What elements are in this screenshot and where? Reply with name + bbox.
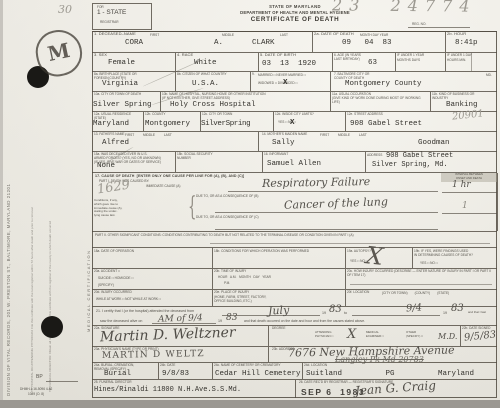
suicide-homicide-options: SUICIDE □ HOMICIDE □ — [98, 276, 133, 280]
city-of-death-value: Silver Spring — [93, 101, 152, 109]
under-1-day-sub: HOURS MIN. — [447, 58, 466, 62]
cause-line-b-rule — [215, 212, 438, 213]
autopsy-no-mark: X — [365, 241, 385, 271]
marital-widowed-check: X — [283, 79, 288, 87]
file-copy-box: FOR 1 - STATE REGISTRAR — [92, 3, 152, 30]
deceased-middle-name: A. — [214, 39, 223, 47]
due-to-c-label: DUE TO, OR AS A CONSEQUENCE OF (C) — [196, 215, 259, 219]
certify-hw-year2: 83 — [451, 303, 464, 314]
citizen-label: 8b. CITIZEN OF WHAT COUNTRY — [177, 72, 227, 76]
birthplace-value: Virginia — [102, 80, 138, 88]
how-injury-write-line — [350, 284, 492, 285]
deceased-last-name: CLARK — [252, 39, 275, 47]
division-address-vertical: DIVISION OF VITAL RECORDS, 201 W. PRESTO… — [6, 184, 11, 396]
industry-value: Banking — [446, 101, 478, 109]
note-to-funeral-director-vertical: TO FUNERAL DIRECTOR: Obtain all items ab… — [48, 92, 52, 392]
deceased-name-label: 1. DECEASED–NAME — [94, 32, 136, 37]
informant-address-line2: Silver Spring, Md. — [372, 161, 448, 169]
under-1-year-sub: MONTHS DAYS — [397, 58, 420, 62]
cause-margin-note: Conditions, if any, which gave rise to i… — [94, 199, 138, 218]
cause-line-c-rule — [215, 229, 438, 230]
street-address-label: 12e. STREET ADDRESS — [347, 112, 383, 116]
cemetery-label: 24c. NAME OF CEMETERY OR CREMATORY — [214, 363, 280, 367]
immediate-cause-label: IMMEDIATE CAUSE (A) — [146, 184, 180, 188]
name-first-header: FIRST — [150, 33, 159, 37]
part2-write-line — [210, 243, 490, 244]
hour-value: 8:41p — [455, 39, 478, 47]
marital-options-line2: WIDOWED □ DIVORCED □ — [258, 81, 297, 85]
part2-label: PART II. OTHER SIGNIFICANT CONDITIONS: C… — [95, 233, 493, 237]
handwritten-30: 30 — [58, 3, 72, 16]
race-value: White — [194, 59, 217, 67]
occupation-label: 11a. USUAL OCCUPATION (GIVE KIND OF WORK… — [332, 92, 427, 104]
under-1-day-label: IF UNDER 1 DAY — [447, 53, 472, 57]
interval-divider-a — [442, 192, 497, 193]
date-of-death-sub: MONTH DAY YEAR — [360, 33, 388, 37]
date-of-death-value: 09 04 83 — [342, 39, 392, 47]
sex-value: Female — [108, 59, 135, 67]
county-of-death-label: 7. BALTIMORE CITY OR COUNTY OF DEATH — [334, 72, 369, 80]
age-value: 63 — [368, 59, 377, 67]
name-last-header: LAST — [280, 33, 288, 37]
industry-label: 11b. KIND OF BUSINESS OR INDUSTRY — [432, 92, 494, 100]
scan-bottom-edge — [0, 400, 500, 408]
county-of-death-value: Montgomery County — [345, 80, 422, 88]
certify-text-3: saw the deceased alive on — [100, 319, 142, 323]
father-name-value: Alfred — [102, 139, 129, 147]
disposition-date-value: 9/8/83 — [162, 370, 189, 378]
certify-hw-to: 9/4 — [406, 302, 423, 314]
deceased-first-name: CORA — [125, 39, 143, 47]
handwritten-certificate-number: 23 24774 — [332, 0, 477, 16]
county-of-death-state-abbr: MD. — [486, 73, 492, 77]
certify-hw-year3: 83 — [226, 313, 237, 323]
ssn-label: 15b. SOCIAL SECURITY NUMBER — [177, 152, 257, 160]
autopsy-findings-label: 19b. IF YES, WERE FINDINGS USED IN DETER… — [414, 249, 496, 257]
dob-label: 5. DATE OF BIRTH — [260, 53, 296, 58]
under-1-year-label: IF UNDER 1 YEAR — [397, 53, 424, 57]
reg-no-label: REG. NO. — [412, 22, 426, 26]
time-of-injury-label: 20b. TIME OF INJURY — [214, 269, 246, 273]
funeral-director-value: Hines/Rinaldi 11800 N.H.Ave.S.S.Md. — [94, 386, 241, 394]
reg-no-blank — [408, 27, 470, 28]
citizen-value: U.S.A. — [192, 80, 219, 88]
file-copy-line2: 1 - STATE — [97, 9, 126, 16]
certify-text-1: 21. I certify that I (or the hospital) a… — [96, 309, 194, 313]
accident-specify-label: (SPECIFY) — [98, 283, 114, 287]
injury-location-sub: (CITY OR TOWN) (COUNTY) (STATE) — [382, 291, 449, 295]
form-code-2: 1089 (O. 8) — [28, 392, 44, 396]
cemetery-value: Cedar Hill Cemetery — [215, 370, 301, 378]
date-of-operation-label: 18a. DATE OF OPERATION — [94, 249, 134, 253]
injury-location-label: 20f. LOCATION — [347, 290, 369, 294]
medical-certification-vertical-label: MEDICAL CERTIFICATION — [86, 249, 91, 332]
funeral-director-label: 25. FUNERAL DIRECTOR — [94, 380, 132, 384]
residence-city-label: 12c. CITY OR TOWN — [202, 112, 232, 116]
mother-name-subheaders: FIRST MIDDLE LAST — [320, 133, 367, 137]
header-title: CERTIFICATE OF DEATH — [175, 16, 415, 23]
bp-blank-line — [46, 381, 78, 382]
file-copy-line3: REGISTRAR — [100, 20, 119, 24]
place-of-injury-label: 20e. PLACE OF INJURY — [214, 290, 249, 294]
injury-occurred-options: WHILE AT WORK □ NOT WHILE AT WORK □ — [96, 297, 161, 301]
informant-address-label: ADDRESS — [367, 153, 382, 157]
injury-occurred-label: 20d. INJURY OCCURRED — [94, 290, 132, 294]
interval-a-value: 1 hr — [452, 180, 471, 190]
mother-first-name-value: Sally — [272, 139, 295, 147]
informant-value: Samuel Allen — [267, 160, 321, 168]
certify-to: to — [344, 311, 347, 315]
informant-label: 16. INFORMANT — [264, 152, 288, 156]
dob-value: 03 13 1920 — [262, 60, 316, 68]
medical-examiner-option: MEDICAL EXAMINER □ — [366, 331, 384, 338]
disposition-location-label: 24d. LOCATION — [304, 363, 327, 367]
name-middle-header: MIDDLE — [222, 33, 234, 37]
certify-19-c: 19 — [218, 319, 222, 323]
how-injury-occurred-label: 20c. HOW INJURY OCCURRED (DESCRIBE — ENT… — [347, 269, 492, 277]
residence-city-value: SilverSpring — [201, 120, 250, 128]
birthplace-label: 8a. BIRTHPLACE (STATE OR FOREIGN COUNTRY… — [94, 72, 137, 80]
due-to-b-label: DUE TO, OR AS A CONSEQUENCE OF (B) — [196, 194, 258, 198]
disposition-date-label: 24b. DATE — [160, 363, 175, 367]
residence-county-value: Montgomery — [145, 120, 190, 128]
time-of-injury-pm: P.M. — [224, 281, 230, 285]
father-name-subheaders: FIRST MIDDLE LAST — [125, 133, 172, 137]
inside-city-limits-label: 12d. INSIDE CITY LIMITS? — [275, 112, 341, 116]
marital-number: 9. — [252, 72, 255, 76]
accident-label: 20a. ACCIDENT □ — [94, 269, 120, 273]
cause-of-death-label: 17. CAUSE OF DEATH [ENTER ONLY ONE CAUSE… — [95, 174, 244, 178]
certify-blank-to — [352, 315, 440, 316]
certify-19-a: 19 — [322, 311, 326, 315]
certify-19-b: 19 — [443, 311, 447, 315]
time-of-injury-sub: HOUR A.M. MONTH DAY YEAR — [218, 275, 271, 279]
cause-line-a-rule — [228, 191, 438, 192]
degree-label: DEGREE — [272, 326, 285, 330]
certify-hw-year1: 83 — [329, 304, 342, 315]
age-label: 6. AGE (IN YEARS LAST BIRTHDAY) — [334, 53, 361, 61]
other-specify-option: OTHER (SPECIFY) □ — [406, 331, 423, 338]
scan-left-edge — [0, 0, 3, 400]
residence-state-label: 12a. USUAL RESIDENCE (STATE) — [94, 112, 131, 120]
md-scribble: M.D. — [438, 332, 457, 341]
attending-physician-option: ATTENDING PHYSICIAN □ — [315, 331, 333, 338]
street-address-value: 908 Gabel Street — [350, 120, 422, 128]
place-of-injury-sub: (HOME, FARM, STREET, FACTORY, OFFICE BUI… — [214, 295, 344, 303]
residence-state-value: Maryland — [93, 120, 129, 128]
physician-name-printed: MARTIN D WELTZ — [102, 349, 205, 361]
informant-address-line1: 908 Gabel Street — [386, 152, 453, 160]
operation-conditions-label: 18b. CONDITIONS FOR WHICH OPERATION WAS … — [214, 249, 339, 253]
interval-divider-b — [442, 213, 497, 214]
marital-options-line1: MARRIED □ NEVER MARRIED □ — [258, 73, 306, 77]
date-of-death-label: 2a. DATE OF DEATH — [314, 32, 354, 37]
hospital-value: Holy Cross Hospital — [170, 101, 256, 109]
mother-last-name-value: Goodman — [418, 139, 450, 147]
certify-text-2: and that I last — [468, 311, 496, 315]
certify-hw-from: July — [268, 303, 290, 317]
hole-punch-bottom — [41, 316, 63, 338]
note-to-physician-vertical: TO HOSPITAL OR ATTENDING PHYSICIAN: File… — [30, 92, 34, 392]
attending-physician-mark: X — [347, 327, 356, 342]
certify-hw-alive: AM of 9/4 — [158, 313, 203, 325]
hospital-label: 10b. NAME OF HOSPITAL, NURSING HOME OR O… — [162, 92, 327, 100]
disposition-location-value: Suitland PG Maryland — [306, 370, 474, 378]
race-label: 4. RACE — [177, 53, 193, 58]
disposition-type-value: Burial — [104, 370, 131, 378]
armed-forces-value: None — [97, 162, 115, 170]
interval-b-value: 1 — [462, 201, 468, 211]
mother-name-label: 14. MOTHER'S MAIDEN NAME — [262, 132, 307, 136]
inside-city-limits-check: X — [290, 119, 295, 127]
certify-text-4: and that death occurred on the date and … — [244, 319, 494, 323]
sex-label: 3. SEX — [94, 53, 107, 58]
bp-label: BP — [36, 374, 43, 380]
hour-label: 2b. HOUR — [447, 32, 466, 37]
city-of-death-label: 10a. CITY OR TOWN OF DEATH — [94, 92, 156, 96]
father-name-label: 13. FATHER'S NAME — [94, 132, 124, 136]
form-code-1: DHMH-1 16-5096 4-82 — [20, 387, 52, 391]
cause-line-a-value: Respiratory Failure — [262, 175, 370, 190]
autopsy-findings-options: YES □ NO □ — [420, 261, 438, 265]
scanned-death-certificate: DIVISION OF VITAL RECORDS, 201 W. PRESTO… — [0, 0, 500, 408]
residence-county-label: 12b. COUNTY — [145, 112, 166, 116]
